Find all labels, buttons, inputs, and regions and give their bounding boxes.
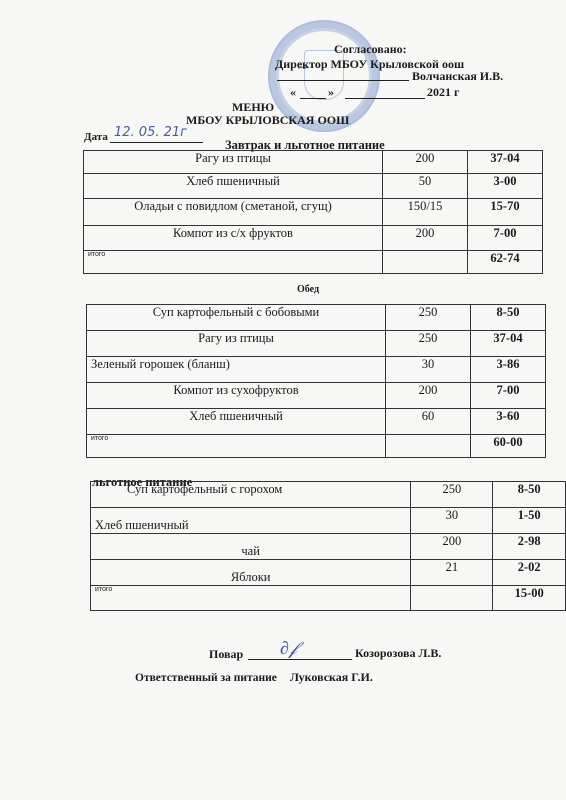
- director-name: Волчанская И.В.: [412, 69, 503, 84]
- cook-signature: ∂𝒻: [280, 638, 297, 659]
- dish-qty: 200: [411, 534, 493, 560]
- cook-name: Козорозова Л.В.: [355, 646, 441, 661]
- table-row: Яблоки 21 2-02: [91, 560, 566, 586]
- dish-qty: 200: [383, 226, 468, 251]
- total-qty: [386, 435, 471, 458]
- dish-price: 7-00: [471, 383, 546, 409]
- date-value: 12. 05. 21г: [114, 125, 187, 140]
- total-label: итого: [91, 586, 411, 611]
- total-row: итого 15-00: [91, 586, 566, 611]
- dish-name: Рагу из птицы: [84, 151, 383, 174]
- table-row: Рагу из птицы 200 37-04: [84, 151, 543, 174]
- dish-price: 8-50: [471, 305, 546, 331]
- cook-label: Повар: [209, 647, 243, 662]
- dish-name: Компот из с/х фруктов: [84, 226, 383, 251]
- total-price: 62-74: [468, 251, 543, 274]
- dish-qty: 250: [386, 305, 471, 331]
- dish-name: Рагу из птицы: [87, 331, 386, 357]
- month-line: [345, 98, 425, 99]
- dish-price: 3-00: [468, 174, 543, 199]
- dish-price: 7-00: [468, 226, 543, 251]
- table-row: Рагу из птицы 250 37-04: [87, 331, 546, 357]
- total-row: итого 60-00: [87, 435, 546, 458]
- table-row: Хлеб пшеничный 30 1-50: [91, 508, 566, 534]
- director-signature: ~: [298, 60, 307, 78]
- benefit-table: Суп картофельный с горохом 250 8-50 Хлеб…: [90, 481, 566, 611]
- dish-qty: 150/15: [383, 199, 468, 226]
- table-row: Компот из сухофруктов 200 7-00: [87, 383, 546, 409]
- total-qty: [383, 251, 468, 274]
- approval-year: 2021 г: [427, 85, 459, 100]
- dish-qty: 21: [411, 560, 493, 586]
- total-qty: [411, 586, 493, 611]
- total-row: итого 62-74: [84, 251, 543, 274]
- dish-qty: 250: [411, 482, 493, 508]
- table-row: Хлеб пшеничный 60 3-60: [87, 409, 546, 435]
- total-price: 15-00: [493, 586, 566, 611]
- dish-name: Хлеб пшеничный: [87, 409, 386, 435]
- dish-price: 8-50: [493, 482, 566, 508]
- dish-price: 15-70: [468, 199, 543, 226]
- breakfast-table: Рагу из птицы 200 37-04 Хлеб пшеничный 5…: [83, 150, 543, 274]
- table-row: Суп картофельный с бобовыми 250 8-50: [87, 305, 546, 331]
- dish-qty: 30: [386, 357, 471, 383]
- total-label: итого: [87, 435, 386, 458]
- dish-name: Суп картофельный с горохом: [91, 482, 411, 508]
- dish-qty: 50: [383, 174, 468, 199]
- dish-name: Хлеб пшеничный: [84, 174, 383, 199]
- dish-qty: 200: [386, 383, 471, 409]
- dish-price: 2-02: [493, 560, 566, 586]
- date-label: Дата: [84, 131, 108, 143]
- dish-name: Суп картофельный с бобовыми: [87, 305, 386, 331]
- dish-price: 1-50: [493, 508, 566, 534]
- date-quote-close: »: [328, 85, 334, 100]
- table-row: Оладьи с повидлом (сметаной, сгущ) 150/1…: [84, 199, 543, 226]
- dish-name: Компот из сухофруктов: [87, 383, 386, 409]
- dish-price: 3-86: [471, 357, 546, 383]
- dish-qty: 60: [386, 409, 471, 435]
- date-quote-open: «: [290, 85, 296, 100]
- menu-document: Согласовано: Директор МБОУ Крыловской оо…: [0, 0, 566, 800]
- school-name: МБОУ КРЫЛОВСКАЯ ООШ: [186, 113, 349, 128]
- table-row: Компот из с/х фруктов 200 7-00: [84, 226, 543, 251]
- total-price: 60-00: [471, 435, 546, 458]
- dish-name: Зеленый горошек (бланш): [87, 357, 386, 383]
- signature-line: [277, 80, 409, 81]
- dish-name: Яблоки: [91, 560, 411, 586]
- dish-price: 37-04: [468, 151, 543, 174]
- section-title-lunch: Обед: [297, 284, 319, 295]
- dish-price: 3-60: [471, 409, 546, 435]
- table-row: чай 200 2-98: [91, 534, 566, 560]
- dish-name: Оладьи с повидлом (сметаной, сгущ): [84, 199, 383, 226]
- table-row: Хлеб пшеничный 50 3-00: [84, 174, 543, 199]
- dish-qty: 200: [383, 151, 468, 174]
- responsible-label: Ответственный за питание: [135, 672, 277, 684]
- dish-name: Хлеб пшеничный: [91, 508, 411, 534]
- table-row: Суп картофельный с горохом 250 8-50: [91, 482, 566, 508]
- total-label: итого: [84, 251, 383, 274]
- lunch-table: Суп картофельный с бобовыми 250 8-50 Раг…: [86, 304, 546, 458]
- dish-qty: 30: [411, 508, 493, 534]
- dish-name: чай: [91, 534, 411, 560]
- table-row: Зеленый горошек (бланш) 30 3-86: [87, 357, 546, 383]
- cook-signature-line: [248, 659, 352, 660]
- dish-price: 37-04: [471, 331, 546, 357]
- dish-qty: 250: [386, 331, 471, 357]
- responsible-name: Луковская Г.И.: [290, 670, 373, 685]
- date-line: [110, 142, 203, 143]
- dish-price: 2-98: [493, 534, 566, 560]
- day-line: [300, 98, 326, 99]
- approval-agreed: Согласовано:: [334, 42, 407, 57]
